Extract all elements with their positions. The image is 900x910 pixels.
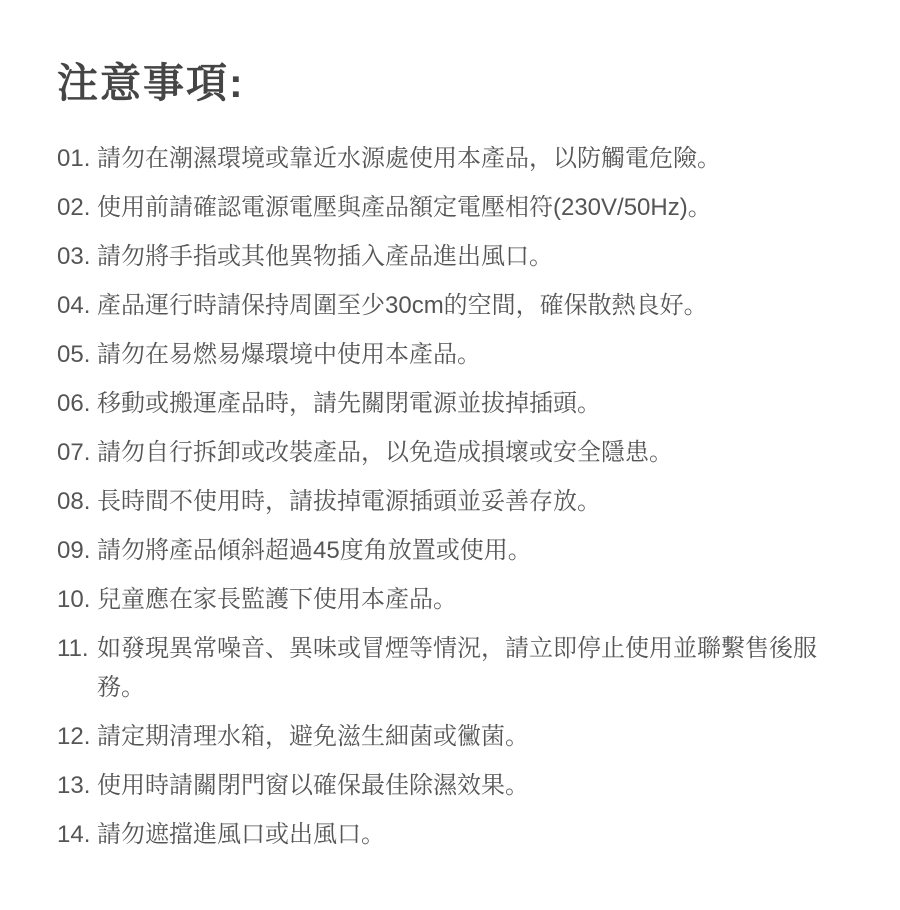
item-text: 請勿將產品傾斜超過45度角放置或使用。 [97,531,852,570]
item-text: 產品運行時請保持周圍至少30cm的空間，確保散熱良好。 [97,286,852,325]
item-number: 04. [57,286,97,325]
item-number: 11. [57,629,97,668]
item-text: 請勿將手指或其他異物插入產品進出風口。 [97,237,852,276]
item-text: 請勿在易燃易爆環境中使用本產品。 [97,335,852,374]
item-text: 長時間不使用時，請拔掉電源插頭並妥善存放。 [97,482,852,521]
item-text: 兒童應在家長監護下使用本產品。 [97,580,852,619]
item-number: 10. [57,580,97,619]
item-number: 12. [57,717,97,756]
item-text: 移動或搬運產品時，請先關閉電源並拔掉插頭。 [97,384,852,423]
precaution-item: 02. 使用前請確認電源電壓與產品額定電壓相符(230V/50Hz)。 [57,188,852,227]
precaution-item: 09. 請勿將產品傾斜超過45度角放置或使用。 [57,531,852,570]
item-text: 如發現異常噪音、異味或冒煙等情況，請立即停止使用並聯繫售後服務。 [97,629,852,707]
precaution-item: 14. 請勿遮擋進風口或出風口。 [57,815,852,854]
precaution-item: 04. 產品運行時請保持周圍至少30cm的空間，確保散熱良好。 [57,286,852,325]
precaution-item: 08. 長時間不使用時，請拔掉電源插頭並妥善存放。 [57,482,852,521]
item-number: 03. [57,237,97,276]
precaution-item: 03. 請勿將手指或其他異物插入產品進出風口。 [57,237,852,276]
item-text: 請定期清理水箱，避免滋生細菌或黴菌。 [97,717,852,756]
item-number: 14. [57,815,97,854]
precautions-list: 01. 請勿在潮濕環境或靠近水源處使用本產品，以防觸電危險。 02. 使用前請確… [57,139,852,854]
precaution-item: 13. 使用時請關閉門窗以確保最佳除濕效果。 [57,766,852,805]
item-number: 02. [57,188,97,227]
precaution-item: 07. 請勿自行拆卸或改裝產品，以免造成損壞或安全隱患。 [57,433,852,472]
precaution-item: 06. 移動或搬運產品時，請先關閉電源並拔掉插頭。 [57,384,852,423]
page-title: 注意事項: [57,50,852,109]
item-number: 09. [57,531,97,570]
item-number: 06. [57,384,97,423]
precaution-item: 10. 兒童應在家長監護下使用本產品。 [57,580,852,619]
precautions-document: 注意事項: 01. 請勿在潮濕環境或靠近水源處使用本產品，以防觸電危險。 02.… [0,0,900,910]
item-number: 01. [57,139,97,178]
item-text: 請勿自行拆卸或改裝產品，以免造成損壞或安全隱患。 [97,433,852,472]
precaution-item: 05. 請勿在易燃易爆環境中使用本產品。 [57,335,852,374]
item-number: 05. [57,335,97,374]
item-number: 13. [57,766,97,805]
item-number: 07. [57,433,97,472]
item-text: 請勿遮擋進風口或出風口。 [97,815,852,854]
item-text: 使用前請確認電源電壓與產品額定電壓相符(230V/50Hz)。 [97,188,852,227]
item-number: 08. [57,482,97,521]
precaution-item: 01. 請勿在潮濕環境或靠近水源處使用本產品，以防觸電危險。 [57,139,852,178]
precaution-item: 12. 請定期清理水箱，避免滋生細菌或黴菌。 [57,717,852,756]
precaution-item: 11. 如發現異常噪音、異味或冒煙等情況，請立即停止使用並聯繫售後服務。 [57,629,852,707]
item-text: 使用時請關閉門窗以確保最佳除濕效果。 [97,766,852,805]
item-text: 請勿在潮濕環境或靠近水源處使用本產品，以防觸電危險。 [97,139,852,178]
